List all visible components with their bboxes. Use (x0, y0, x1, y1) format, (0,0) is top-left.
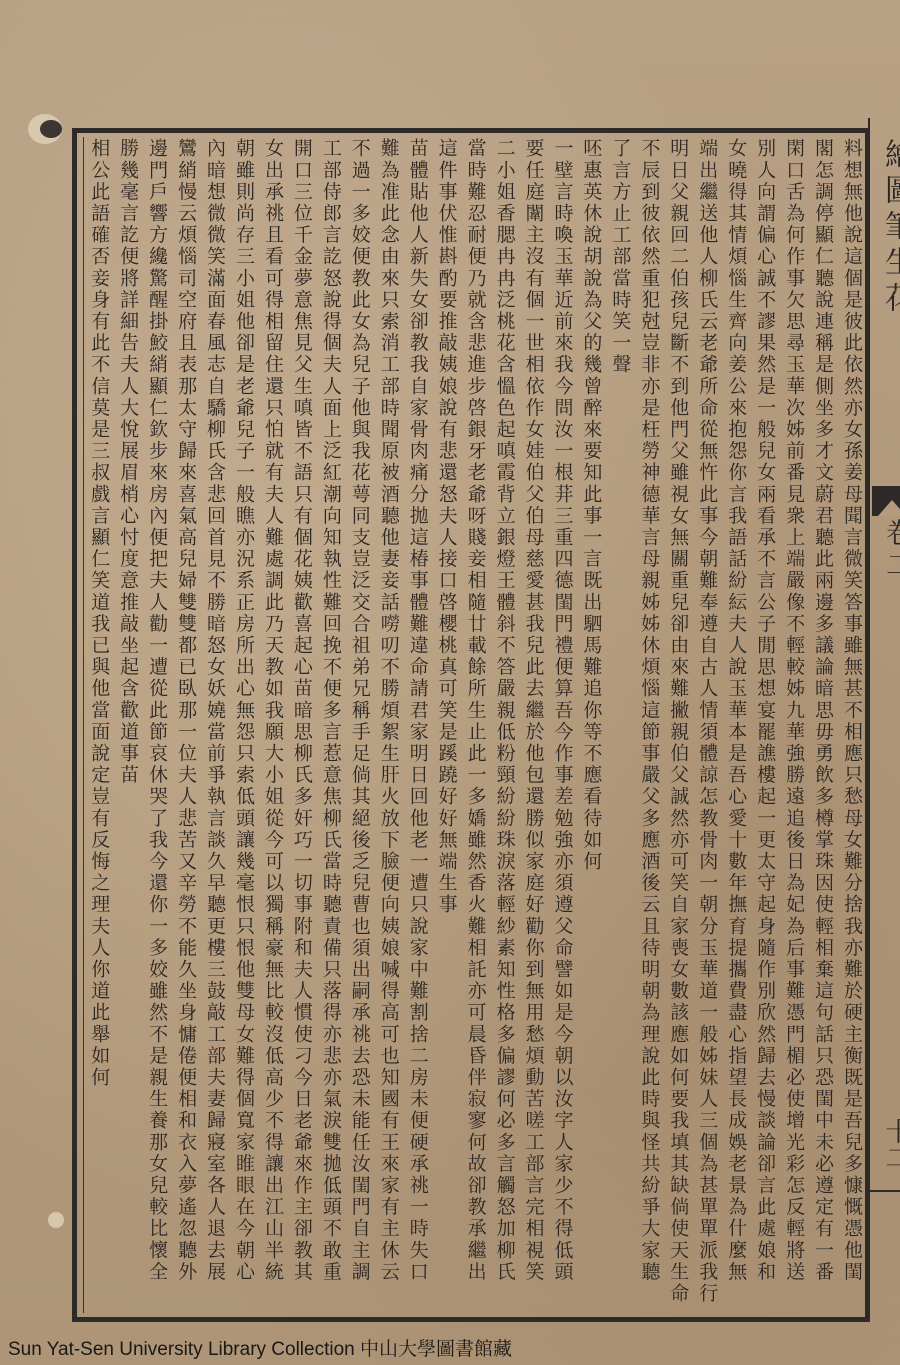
text-column: 呸惠英休說胡說為父的幾曾醉來要知此事一言既出駟馬難追你等不應看待如何 (576, 138, 605, 1316)
text-column: 不過一多姣便教此女為兒子他與我花萼同支豈泛交合祖弟兄稱手足倘其絕後乏兒曹也須出嗣… (345, 138, 374, 1316)
collection-footer: Sun Yat-Sen University Library Collectio… (8, 1334, 512, 1361)
text-column: 不辰到彼依然重犯尅豈非亦是枉勞神德華言母親姊姊休煩惱這節事嚴父多應酒後云且待明朝… (634, 138, 663, 1316)
binding-hole-bottom (48, 1212, 64, 1228)
text-column: 二小姐香腮冉冉泛桃花含慍色起嗔霞背立銀燈王體斜不答嚴親低粉頸紛紛珠淚落輕紗素知性… (490, 138, 519, 1316)
text-column: 朝雖則尚存三小姐他卻是老爺兒子一般瞧亦況系正房所出心無怨只索低頭讓幾毫恨只恨他雙… (229, 138, 258, 1316)
volume-label: 卷二 (878, 518, 900, 582)
text-column: 開口三位千金夢意焦見父生嗔皆不語只有個花姨歡喜起心苗暗思柳氏多奸巧一切事附和夫人… (287, 138, 316, 1316)
text-column: 這件事伏惟斟酌要推敲姨娘說有悲還怒夫人接口啓櫻桃真可笑是蹊蹺好好無端生事 (432, 138, 461, 1316)
text-column: 苗體貼他人新失女卻教我自家骨肉痛分拋這椿事體難違命請君家明日回他老一遭只說家中難… (403, 138, 432, 1316)
text-column: 鸞綃慢云煩惱司空府且表那太守歸來喜氣高兒婦雙雙都已臥那一位夫人悲苦又辛勞不能久坐… (171, 138, 200, 1316)
text-column: 料想無他說這個是彼此依然亦女孫姜母聞言微笑答事雖無甚不相應只愁母女難分捨我亦難於… (837, 138, 866, 1316)
binding-hole-top (40, 120, 62, 138)
text-column: 工部侍郎言訖怒說得個夫人面上泛紅潮向知執性難回挽不便多言惹意焦柳氏當時聽責備只落… (316, 138, 345, 1316)
text-column: 內暗想微微笑滿面春風志自驕柳氏含悲回首見不勝暗怒女妖嬈當前爭執言談久早聽更樓三鼓… (200, 138, 229, 1316)
text-column: 相公此語確否妾身有此不信莫是三叔戲言顯仁笑道我已與他當面說定豈有反悔之理夫人你道… (84, 138, 113, 1316)
text-column: 女曉得其情煩惱生齊向姜公來抱怨你言我語話紛紜夫人說玉華本是吾心愛十數年撫育提攜費… (721, 138, 750, 1316)
book-page: 繪圖筆生花 卷二 十二 料想無他說這個是彼此依然亦女孫姜母聞言微笑答事雖無甚不相… (0, 0, 900, 1365)
banxin-header-strip: 繪圖筆生花 卷二 十二 (868, 118, 900, 1322)
page-number: 十二 (878, 1118, 900, 1170)
text-column: 當時難忍耐便乃就含悲進步啓銀牙老爺呀賤妾相隨廿載餘所生止此一多嬌雖然香火難相託亦… (461, 138, 490, 1316)
text-column: 別人向謂偏心誠不謬果然是一般兒女兩看承不言公子閒思想宴罷譙樓起一更太守起身隨作別… (750, 138, 779, 1316)
text-column: 邊門戶響方纔驚醒掛鮫綃顯仁欽步來房內便把夫人勸一遭從此節哀休哭了我今還你一多姣雖… (142, 138, 171, 1316)
book-title: 繪圖筆生花 (874, 138, 900, 318)
text-column: 閑口舌為何作事欠思尋玉華次姊前番見衆上端嚴像不輕較姊九華強勝遠追後日為妃為后事難… (779, 138, 808, 1316)
text-column: 閣怎調停顯仁聽說連稱是側坐多才文蔚君聽此兩邊多議論暗思毋勇飲多樽掌珠因使輕相棄這… (808, 138, 837, 1316)
text-body: 料想無他說這個是彼此依然亦女孫姜母聞言微笑答事雖無甚不相應只愁母女難分捨我亦難於… (84, 138, 866, 1316)
text-column: 端出繼送他人柳氏云老爺所命從無忤此事今朝難奉遵自古人情須體諒怎教骨肉一朝分玉華道… (692, 138, 721, 1316)
text-column: 難為准此念由來只索消工部時聞原被酒聽他妻妾話嘮叨不勝煩絮生肝火放下臉便向姨娘喊得… (374, 138, 403, 1316)
text-column: 女出承祧且看可得相留住還只怕就有夫人難處調此乃天教如我願大小姐從今可以獨稱豪無比… (258, 138, 287, 1316)
text-column: 要任庭闈主沒有個一世相依作女娃伯父伯母慈愛甚我兒此去繼於他包還勝似家庭好勸你到無… (519, 138, 548, 1316)
text-column: 一壁言時喚玉華近前來我今問汝一根荓三重四德閨門禮便算吾今作事差勉強亦須遵父命譬如… (548, 138, 577, 1316)
fishtail-mark-icon (872, 486, 900, 516)
text-column: 了言方止工部當時笑一聲 (605, 138, 634, 1316)
fold-divider (868, 1190, 900, 1192)
text-column: 明日父親回二伯孩兒斷不到他門父雖視女無關重兒卻由來難撇親伯父誠然亦可笑自家喪女數… (663, 138, 692, 1316)
text-column: 勝幾毫言訖便將詳細告夫人大悅展眉梢心忖度意推敲坐起含歡道事苗 (113, 138, 142, 1316)
